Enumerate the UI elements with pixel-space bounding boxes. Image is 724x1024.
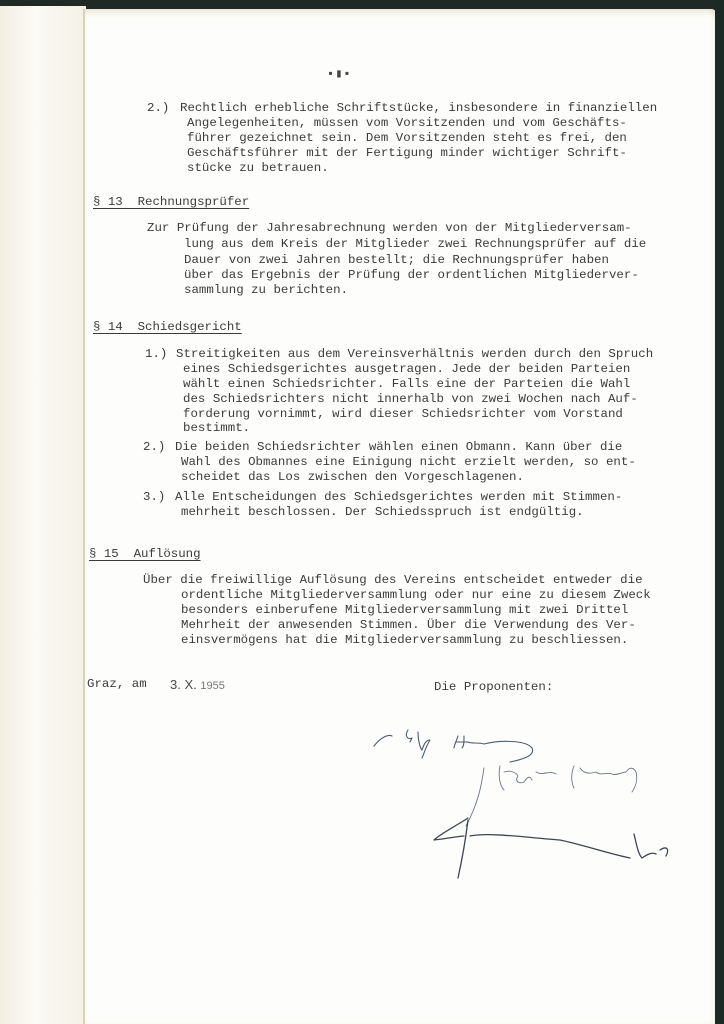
previous-page-edge (0, 6, 86, 1024)
text-line: Angelegenheiten, müssen vom Vorsitzenden… (187, 116, 627, 132)
text-line: scheidet das Los zwischen den Vorgeschla… (181, 470, 524, 486)
date-year: 1955 (200, 680, 224, 692)
text-line: stücke zu betrauen. (187, 161, 329, 177)
item-number: 1.) (145, 347, 167, 363)
text-line: Die beiden Schiedsrichter wählen einen O… (175, 440, 622, 456)
signature-3 (434, 818, 668, 878)
text-line: Über die freiwillige Auflösung des Verei… (143, 573, 643, 589)
page-number: ▪▮▪ (327, 66, 352, 81)
item-number: 2.) (147, 101, 169, 117)
section-heading-14: § 14 Schiedsgericht (93, 320, 242, 334)
signature-1 (374, 730, 533, 762)
text-line: Mehrheit der anwesenden Stimmen. Über di… (181, 618, 636, 634)
text-line: Dauer von zwei Jahren bestellt; die Rech… (184, 253, 609, 269)
text-line: mehrheit beschlossen. Der Schiedsspruch … (181, 505, 584, 521)
text-line: des Schiedsrichters nicht innerhalb von … (183, 392, 638, 408)
item-number: 3.) (143, 490, 165, 506)
text-line: Streitigkeiten aus dem Vereinsverhältnis… (176, 347, 653, 363)
item-number: 2.) (143, 440, 165, 456)
text-line: Zur Prüfung der Jahresabrechnung werden … (147, 221, 632, 237)
text-line: sammlung zu berichten. (184, 283, 348, 299)
text-line: besonders einberufene Mitgliederversamml… (181, 603, 628, 619)
text-line: eines Schiedsgerichtes ausgetragen. Jede… (183, 362, 630, 378)
signatories-label: Die Proponenten: (434, 680, 553, 696)
section-heading-13: § 13 Rechnungsprüfer (93, 195, 249, 209)
text-line: bestimmt. (183, 421, 250, 437)
section-heading-15: § 15 Auflösung (89, 547, 201, 561)
text-line: Wahl des Obmannes eine Einigung nicht er… (181, 455, 636, 471)
text-line: einsvermögens hat die Mitgliederversamml… (181, 633, 628, 649)
place-label: Graz, am (87, 677, 147, 693)
text-line: Alle Entscheidungen des Schiedsgerichtes… (175, 490, 622, 506)
date-stamp: 3. X. 1955 (170, 677, 225, 692)
text-line: führer gezeichnet sein. Dem Vorsitzenden… (187, 131, 627, 147)
text-line: lung aus dem Kreis der Mitglieder zwei R… (184, 237, 646, 253)
text-line: Geschäftsführer mit der Fertigung minder… (187, 146, 627, 162)
date-day-month: 3. X. (170, 677, 197, 692)
text-line: ordentliche Mitgliederversammlung oder n… (181, 588, 651, 604)
signature-2 (466, 766, 637, 826)
text-line: Rechtlich erhebliche Schriftstücke, insb… (180, 101, 657, 117)
signatures (360, 710, 724, 890)
text-line: über das Ergebnis der Prüfung der ordent… (184, 268, 639, 284)
text-line: wählt einen Schiedsrichter. Falls eine d… (183, 377, 630, 393)
